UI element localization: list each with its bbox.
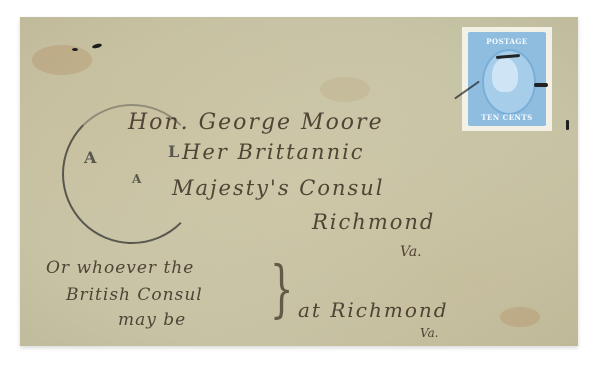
- postage-stamp: POSTAGE TEN CENTS: [462, 27, 552, 131]
- side-note-line: at Richmond: [298, 298, 449, 322]
- side-note-line: Va.: [420, 326, 439, 340]
- address-line-role: Majesty's Consul: [172, 176, 385, 200]
- postmark-letter: L: [168, 142, 179, 161]
- address-line-name: Hon. George Moore: [128, 110, 384, 135]
- postmark-letter: A: [84, 148, 96, 167]
- stamp-portrait: [492, 58, 518, 92]
- stain: [320, 77, 370, 102]
- side-note-line: may be: [118, 310, 186, 330]
- address-line-city: Richmond: [312, 210, 435, 234]
- curly-brace: }: [270, 252, 294, 325]
- address-line-state: Va.: [400, 244, 422, 260]
- side-note-line: British Consul: [66, 285, 203, 305]
- ink-mark: [72, 48, 78, 51]
- stamp-design: POSTAGE TEN CENTS: [468, 32, 546, 126]
- stamp-bottom-text: TEN CENTS: [468, 113, 546, 122]
- cancel-mark: [534, 83, 548, 87]
- stain: [500, 307, 540, 327]
- stain: [32, 45, 92, 75]
- stamp-top-text: POSTAGE: [468, 37, 546, 46]
- ink-mark: [566, 120, 569, 130]
- side-note-line: Or whoever the: [46, 258, 194, 278]
- postmark-letter: A: [132, 172, 141, 186]
- address-line-title: Her Brittannic: [182, 140, 365, 164]
